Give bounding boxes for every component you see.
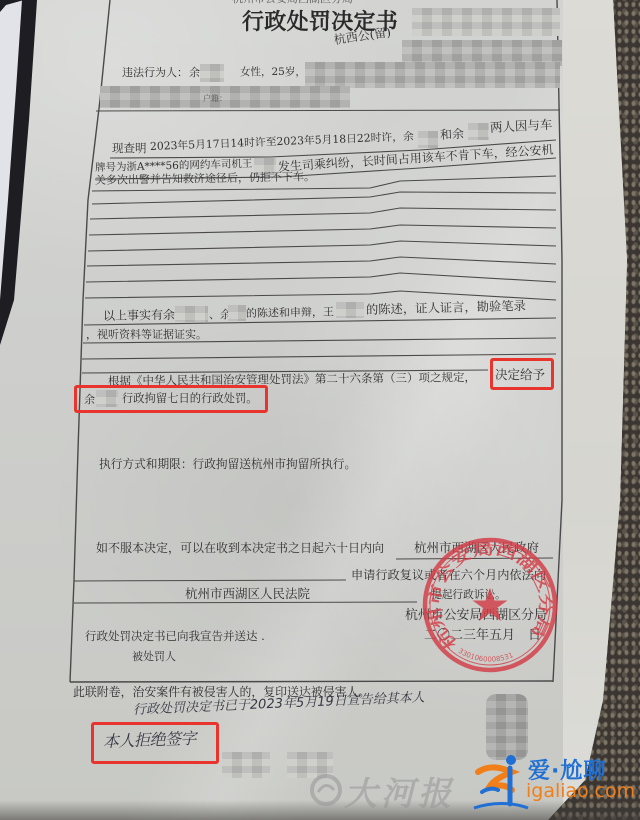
ruled-line <box>74 602 417 603</box>
redacted-name <box>175 306 208 322</box>
ruled-line <box>85 291 556 300</box>
newspaper-logo-icon <box>306 770 346 810</box>
evidence-line1-a: 以上事实有余 <box>103 309 175 322</box>
site-logo-icon <box>472 752 530 812</box>
highlight-box-refusal <box>91 722 219 764</box>
svg-text:3301060008531: 3301060008531 <box>457 647 515 664</box>
ruled-line <box>92 192 556 204</box>
document-photo: 杭州市公安局西湖区分局 行政处罚决定书 杭西公(留) 违法行为人： 余 女性，2… <box>0 0 640 820</box>
facts-line1-d: 两人因与车 <box>490 119 553 135</box>
highlight-box-penalty <box>74 385 268 413</box>
redacted-name <box>200 64 224 82</box>
redacted-name <box>336 302 364 318</box>
evidence-line2: ，视听资料等证据证实。 <box>86 329 207 340</box>
ruled-line <box>89 225 556 235</box>
star-icon <box>473 588 508 621</box>
newspaper-watermark: 大河报 <box>344 768 455 815</box>
facts-line1-a: 现查明 <box>112 143 147 155</box>
offender-label: 违法行为人： <box>122 67 188 78</box>
offender-details: 女性，25岁， <box>240 67 306 78</box>
recipient-label: 被处罚人 <box>132 651 176 662</box>
ruled-line <box>87 257 556 266</box>
redacted-block <box>222 752 270 778</box>
redacted-signature <box>486 694 528 760</box>
ruled-line <box>74 580 346 581</box>
ruled-line <box>86 273 556 282</box>
site-watermark-url: igaliao.com <box>526 780 635 802</box>
facts-line1-c: 和余 <box>440 128 465 141</box>
appeal-court: 杭州市西湖区人民法院 <box>185 588 310 601</box>
ruled-line <box>82 354 556 359</box>
household-label: 户籍： <box>203 95 227 103</box>
ruled-line <box>88 241 556 251</box>
offender-surname: 余 <box>189 67 200 78</box>
evidence-line1-c: 的陈述和申辩，王 <box>246 306 334 319</box>
highlight-box-decision <box>490 358 554 390</box>
execution-method: 执行方式和期限：行政拘留送杭州市拘留所执行。 <box>99 459 356 471</box>
agency-header: 杭州市公安局西湖区分局 <box>232 0 353 4</box>
receipt-statement: 行政处罚决定书已向我宣告并送达 . <box>85 631 265 643</box>
appeal-line1: 如不服本决定，可以在收到本决定书之日起六十日内向 <box>96 542 384 554</box>
ruled-line <box>90 208 556 219</box>
official-seal: 杭州市公安局西湖区分局 3301060008531 <box>418 533 562 677</box>
redacted-name <box>418 131 438 148</box>
ruled-line <box>70 681 553 682</box>
redacted-name <box>468 123 489 140</box>
ruled-line <box>96 110 560 111</box>
redacted-name <box>228 305 246 321</box>
redacted-block <box>305 62 560 88</box>
seal-code: 3301060008531 <box>457 647 515 664</box>
redacted-block <box>412 8 560 36</box>
